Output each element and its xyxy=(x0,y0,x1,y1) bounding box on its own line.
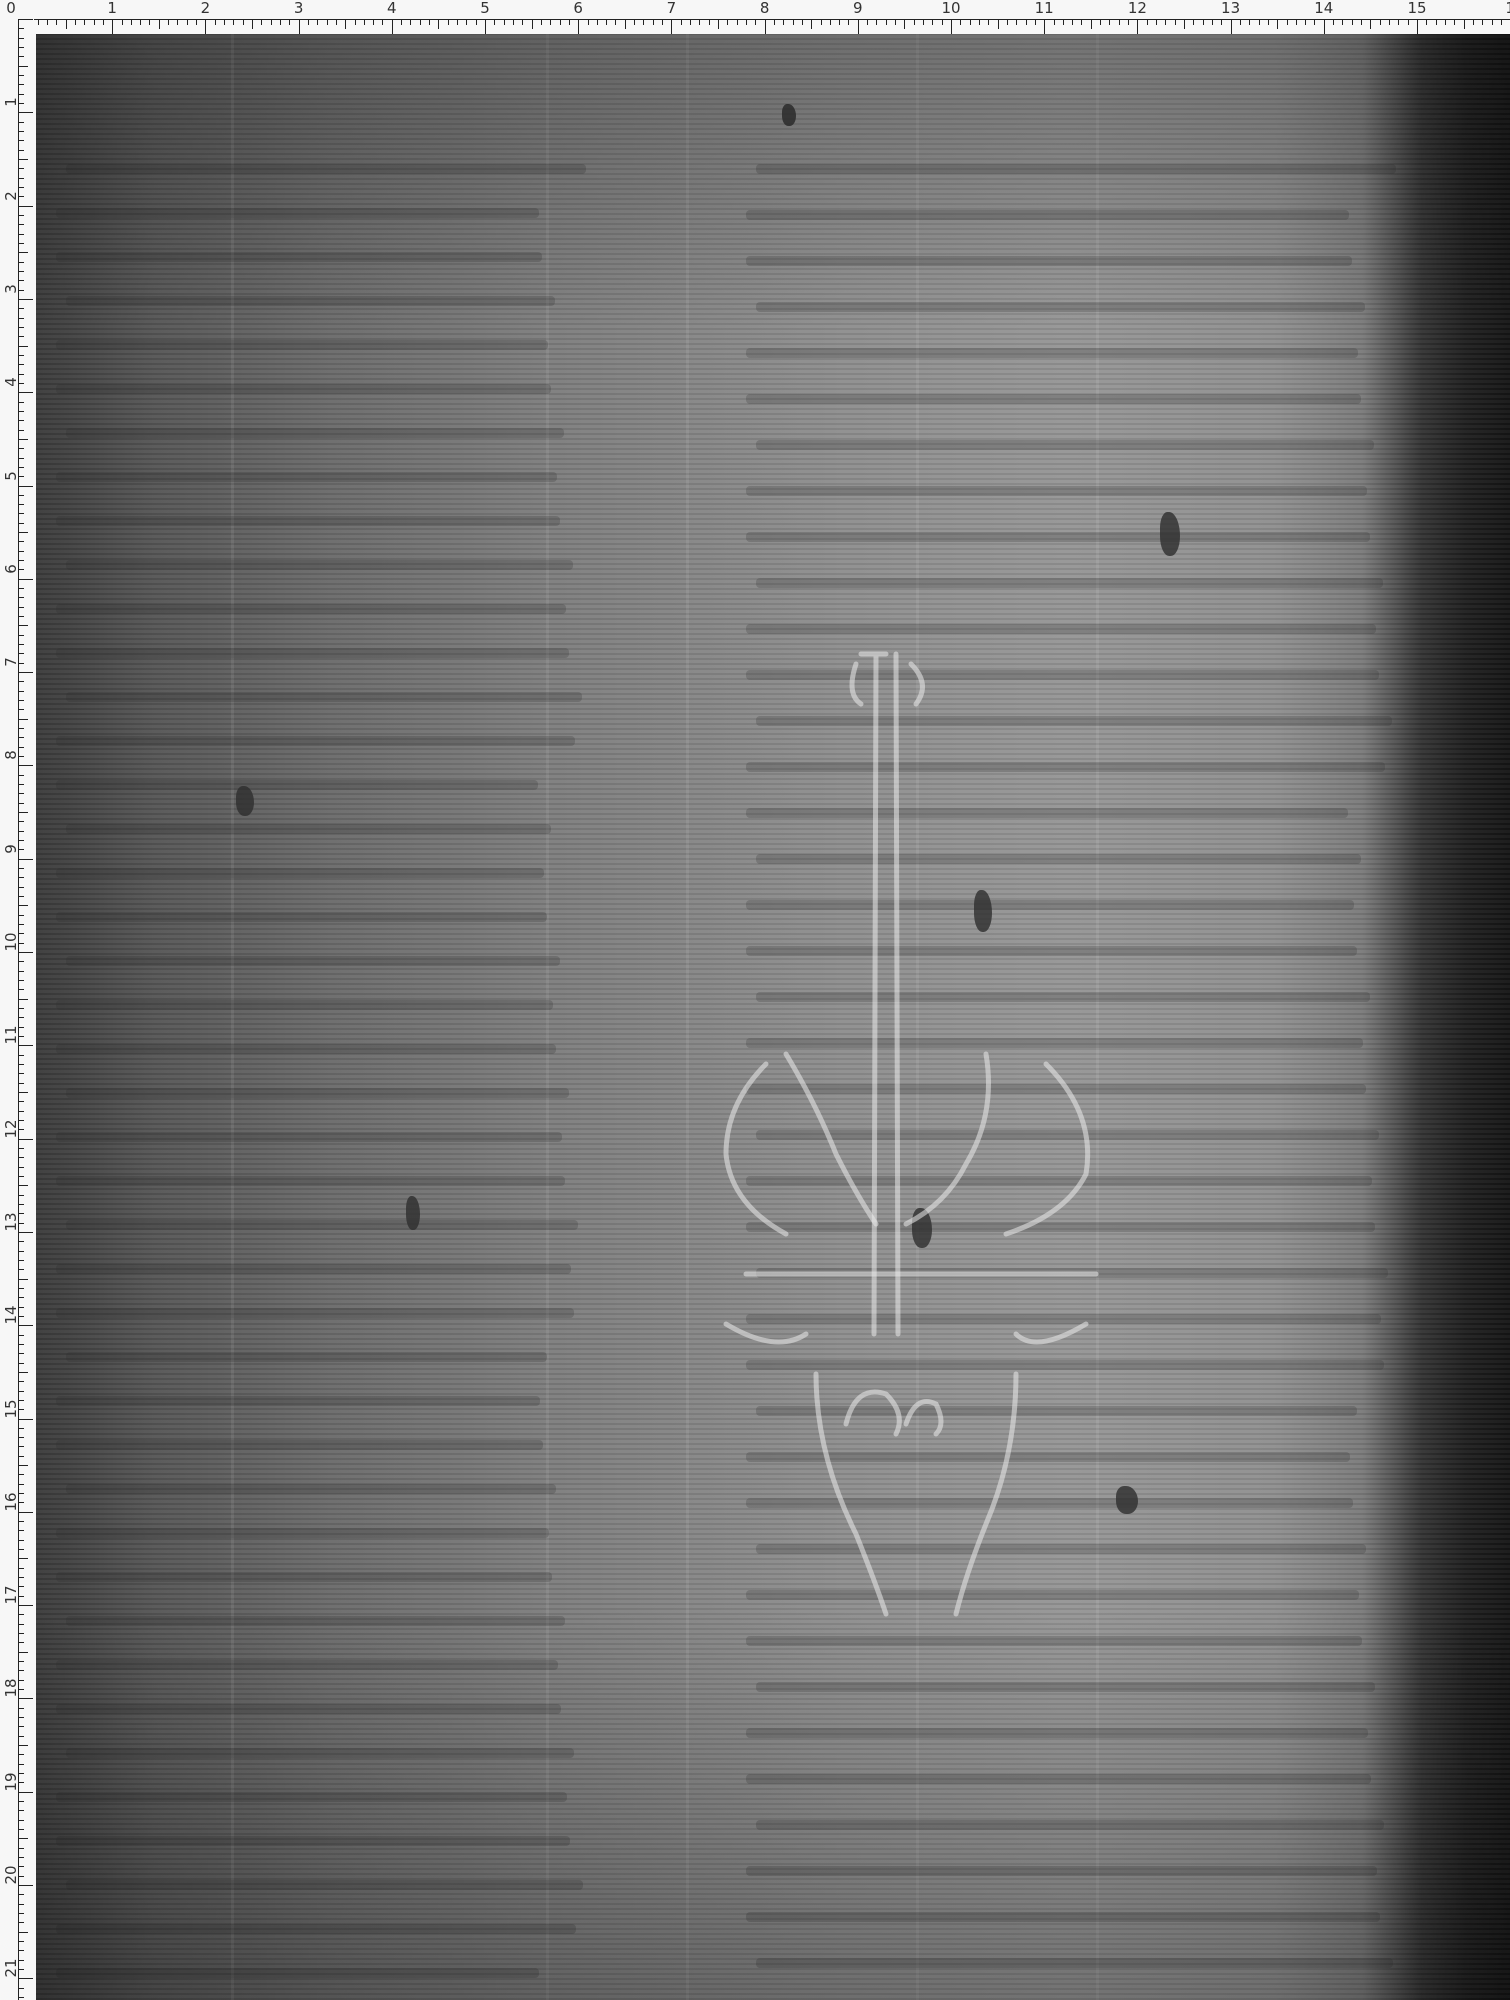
ruler-tick xyxy=(18,635,24,636)
ruler-tick xyxy=(18,625,28,626)
ruler-tick xyxy=(18,1661,24,1662)
left-ruler-label: 19 xyxy=(3,1771,19,1793)
handwritten-text-line xyxy=(56,1660,558,1670)
ruler-tick xyxy=(615,19,616,25)
ruler-tick xyxy=(1426,19,1427,25)
ink-blot xyxy=(974,890,992,932)
ruler-tick xyxy=(18,877,24,878)
ruler-tick xyxy=(317,19,318,25)
ruler-tick xyxy=(18,112,33,113)
ruler-tick xyxy=(18,523,24,524)
ruler-tick xyxy=(18,1325,33,1326)
ruler-tick xyxy=(18,775,24,776)
left-ruler-label: 0 xyxy=(0,0,22,16)
ruler-tick xyxy=(18,1251,24,1252)
ruler-tick xyxy=(886,19,887,25)
ruler-tick xyxy=(1464,19,1465,29)
handwritten-text-line xyxy=(56,780,538,790)
handwritten-text-line xyxy=(756,1958,1393,1968)
ruler-tick xyxy=(942,19,943,25)
ruler-tick xyxy=(18,1894,24,1895)
handwritten-text-line xyxy=(56,1792,567,1802)
ruler-tick xyxy=(18,1335,24,1336)
ruler-tick xyxy=(429,19,430,25)
handwritten-text-line xyxy=(756,1544,1366,1554)
ruler-tick xyxy=(1501,19,1502,25)
ruler-tick xyxy=(159,19,160,29)
ruler-tick xyxy=(18,1353,24,1354)
ink-blot xyxy=(912,1208,932,1248)
handwritten-text-line xyxy=(756,578,1383,588)
ruler-tick xyxy=(18,271,24,272)
ruler-tick xyxy=(18,1978,33,1979)
ruler-tick xyxy=(18,215,24,216)
handwritten-text-line xyxy=(746,210,1349,220)
chain-line xyxy=(1096,34,1099,2000)
ruler-tick xyxy=(1492,19,1493,25)
ruler-tick xyxy=(1100,19,1101,25)
ruler-tick xyxy=(597,19,598,25)
ruler-tick xyxy=(821,19,822,25)
ruler-tick xyxy=(18,1204,24,1205)
handwritten-text-line xyxy=(66,296,555,306)
ruler-tick xyxy=(18,896,24,897)
ruler-tick xyxy=(681,19,682,25)
left-ruler-label: 16 xyxy=(3,1491,19,1513)
chain-line xyxy=(231,34,234,2000)
ruler-tick xyxy=(18,38,24,39)
ruler-tick xyxy=(18,607,24,608)
ruler-tick xyxy=(18,66,28,67)
top-ruler-label: 14 xyxy=(1314,0,1333,16)
ruler-tick xyxy=(1091,19,1092,29)
top-ruler-label: 11 xyxy=(1035,0,1054,16)
ruler-tick xyxy=(18,411,24,412)
ruler-tick xyxy=(18,1614,24,1615)
ink-blot xyxy=(236,786,254,816)
ruler-tick xyxy=(94,19,95,25)
ruler-tick xyxy=(18,1642,24,1643)
ruler-tick xyxy=(951,19,952,34)
ruler-tick xyxy=(18,1698,33,1699)
ruler-tick xyxy=(18,1437,24,1438)
handwritten-text-line xyxy=(56,1396,540,1406)
handwritten-text-line xyxy=(56,516,560,526)
ruler-tick xyxy=(18,1176,24,1177)
ruler-tick xyxy=(858,19,859,34)
handwritten-text-line xyxy=(756,716,1392,726)
ruler-tick xyxy=(1473,19,1474,25)
vase-watermark-icon xyxy=(686,634,1146,1654)
chain-line xyxy=(546,34,549,2000)
handwritten-text-line xyxy=(746,1590,1359,1600)
ruler-tick xyxy=(1119,19,1120,25)
left-ruler-label: 20 xyxy=(3,1864,19,1886)
ruler-tick xyxy=(18,1950,24,1951)
ruler-tick xyxy=(140,19,141,25)
ruler-tick xyxy=(18,597,24,598)
ruler-tick xyxy=(18,672,33,673)
ruler-tick xyxy=(18,980,24,981)
ruler-tick xyxy=(18,1624,24,1625)
ruler-tick xyxy=(18,541,24,542)
ruler-tick xyxy=(261,19,262,25)
top-ruler-label: 13 xyxy=(1221,0,1240,16)
ruler-tick xyxy=(522,19,523,25)
ruler-tick xyxy=(867,19,868,25)
ruler-tick xyxy=(18,19,33,20)
ruler-tick xyxy=(215,19,216,25)
ruler-tick xyxy=(18,1073,24,1074)
handwritten-text-line xyxy=(746,1728,1368,1738)
ruler-tick xyxy=(18,1885,33,1886)
ruler-tick xyxy=(811,19,812,29)
ruler-tick xyxy=(18,1419,33,1420)
ruler-tick xyxy=(18,1549,24,1550)
handwritten-text-line xyxy=(56,1572,552,1582)
ruler-tick xyxy=(18,430,24,431)
handwritten-text-line xyxy=(746,1498,1353,1508)
ruler-tick xyxy=(18,1754,24,1755)
handwritten-text-line xyxy=(746,486,1367,496)
chain-line xyxy=(686,34,689,2000)
ruler-tick xyxy=(18,1745,28,1746)
ruler-tick xyxy=(1408,19,1409,25)
ruler-tick xyxy=(18,178,24,179)
handwritten-text-line xyxy=(56,1000,553,1010)
left-ruler: 0123456789101112131415161718192021 xyxy=(0,0,34,2000)
ruler-tick xyxy=(18,1652,28,1653)
ruler-tick xyxy=(662,19,663,25)
ruler-tick xyxy=(18,346,28,347)
ruler-tick xyxy=(18,1167,24,1168)
ruler-tick xyxy=(18,1932,28,1933)
handwritten-text-line xyxy=(66,560,573,570)
ruler-tick xyxy=(737,19,738,25)
ruler-tick xyxy=(18,1456,24,1457)
ruler-tick xyxy=(38,19,39,25)
ruler-tick xyxy=(18,402,24,403)
ruler-tick xyxy=(1398,19,1399,25)
ruler-tick xyxy=(18,1810,24,1811)
ruler-tick xyxy=(336,19,337,25)
handwritten-text-line xyxy=(756,1406,1357,1416)
ruler-tick xyxy=(66,19,67,29)
top-ruler-label: 1 xyxy=(107,0,117,16)
ruler-tick xyxy=(18,579,33,580)
ruler-tick xyxy=(18,1530,24,1531)
left-ruler-label: 11 xyxy=(3,1024,19,1046)
ruler-tick xyxy=(280,19,281,25)
ruler-tick xyxy=(382,19,383,25)
ruler-tick xyxy=(18,1820,24,1821)
ruler-tick xyxy=(18,355,24,356)
handwritten-text-line xyxy=(66,1748,574,1758)
ruler-tick xyxy=(18,532,28,533)
top-ruler: 01234567891011121314151 xyxy=(0,0,1510,34)
ruler-tick xyxy=(18,868,24,869)
ruler-tick xyxy=(18,1717,24,1718)
handwritten-text-line xyxy=(746,348,1358,358)
handwritten-text-line xyxy=(756,1820,1384,1830)
ruler-tick xyxy=(18,709,24,710)
handwritten-text-line xyxy=(746,670,1379,680)
ruler-tick xyxy=(18,784,24,785)
ruler-tick xyxy=(904,19,905,29)
handwritten-text-line xyxy=(746,532,1370,542)
ruler-tick xyxy=(895,19,896,25)
ruler-tick xyxy=(18,1708,24,1709)
ruler-tick xyxy=(18,420,24,421)
ruler-tick xyxy=(1361,19,1362,25)
ruler-tick xyxy=(18,1344,24,1345)
ruler-tick xyxy=(1352,19,1353,25)
handwritten-text-line xyxy=(66,956,560,966)
ruler-tick xyxy=(438,19,439,29)
ruler-tick xyxy=(18,812,28,813)
ruler-tick xyxy=(18,1391,24,1392)
handwritten-text-line xyxy=(746,1038,1363,1048)
handwritten-text-line xyxy=(56,1440,543,1450)
ruler-tick xyxy=(18,821,24,822)
ruler-tick xyxy=(839,19,840,25)
ruler-tick xyxy=(18,1157,24,1158)
handwritten-text-line xyxy=(746,1452,1350,1462)
ruler-tick xyxy=(578,19,579,34)
ruler-tick xyxy=(18,1736,24,1737)
ruler-tick xyxy=(18,262,24,263)
ruler-tick xyxy=(1007,19,1008,25)
handwritten-text-line xyxy=(756,1682,1375,1692)
ruler-tick xyxy=(494,19,495,25)
handwritten-text-line xyxy=(756,854,1361,864)
ruler-tick xyxy=(671,19,672,34)
top-ruler-label: 9 xyxy=(853,0,863,16)
left-ruler-label: 18 xyxy=(3,1677,19,1699)
left-ruler-label: 21 xyxy=(3,1957,19,1979)
handwritten-text-line xyxy=(746,394,1361,404)
ruler-tick xyxy=(765,19,766,34)
ruler-tick xyxy=(793,19,794,25)
handwritten-text-line xyxy=(56,1176,565,1186)
ruler-tick xyxy=(308,19,309,25)
ruler-tick xyxy=(876,19,877,25)
ruler-tick xyxy=(401,19,402,25)
ruler-tick xyxy=(84,19,85,25)
ruler-tick xyxy=(1165,19,1166,25)
ruler-tick xyxy=(243,19,244,25)
ruler-tick xyxy=(345,19,346,29)
ruler-tick xyxy=(1389,19,1390,25)
ruler-tick xyxy=(18,1512,33,1513)
ruler-tick xyxy=(1259,19,1260,25)
left-ruler-label: 5 xyxy=(3,465,19,487)
ruler-tick xyxy=(485,19,486,34)
left-ruler-label: 10 xyxy=(3,931,19,953)
ruler-tick xyxy=(1445,19,1446,25)
ruler-tick xyxy=(233,19,234,25)
ruler-tick xyxy=(774,19,775,25)
ruler-tick xyxy=(18,1297,24,1298)
ruler-tick xyxy=(18,1540,24,1541)
ruler-tick xyxy=(355,19,356,25)
ruler-tick xyxy=(252,19,253,29)
ruler-tick xyxy=(18,234,24,235)
handwritten-text-line xyxy=(756,440,1374,450)
handwritten-text-line xyxy=(66,164,586,174)
ruler-tick xyxy=(979,19,980,25)
ruler-tick xyxy=(18,1577,24,1578)
ruler-tick xyxy=(1231,19,1232,34)
ruler-tick xyxy=(18,206,33,207)
ruler-tick xyxy=(18,1801,24,1802)
ruler-tick xyxy=(709,19,710,25)
ruler-tick xyxy=(18,448,24,449)
ruler-tick xyxy=(18,1465,28,1466)
top-ruler-label: 6 xyxy=(573,0,583,16)
ruler-tick xyxy=(18,252,28,253)
ruler-tick xyxy=(373,19,374,25)
ruler-tick xyxy=(18,150,24,151)
ruler-tick xyxy=(289,19,290,25)
top-ruler-label: 4 xyxy=(387,0,397,16)
ruler-tick xyxy=(1296,19,1297,25)
handwritten-text-line xyxy=(56,912,547,922)
ruler-tick xyxy=(75,19,76,25)
handwritten-text-line xyxy=(56,1132,562,1142)
top-ruler-label: 10 xyxy=(941,0,960,16)
ruler-tick xyxy=(1147,19,1148,25)
handwritten-text-line xyxy=(756,1268,1388,1278)
ruler-tick xyxy=(196,19,197,25)
ruler-tick xyxy=(18,140,24,141)
ruler-tick xyxy=(18,495,24,496)
ruler-tick xyxy=(18,1726,24,1727)
ruler-tick xyxy=(18,1241,24,1242)
ruler-tick xyxy=(18,1857,24,1858)
ruler-tick xyxy=(18,924,24,925)
ruler-tick xyxy=(998,19,999,29)
ruler-tick xyxy=(18,1064,24,1065)
ruler-tick xyxy=(18,905,28,906)
ruler-tick xyxy=(466,19,467,25)
handwritten-text-line xyxy=(56,1924,576,1934)
top-ruler-label: 5 xyxy=(480,0,490,16)
ruler-tick xyxy=(18,1904,24,1905)
ruler-tick xyxy=(122,19,123,25)
ruler-tick xyxy=(1212,19,1213,25)
ruler-tick xyxy=(18,1139,33,1140)
handwritten-text-line xyxy=(746,1360,1384,1370)
ruler-tick xyxy=(18,616,24,617)
handwritten-text-line xyxy=(56,648,569,658)
ruler-tick xyxy=(18,1055,24,1056)
ruler-tick xyxy=(1063,19,1064,25)
left-ruler-label: 6 xyxy=(3,558,19,580)
ruler-tick xyxy=(541,19,542,25)
ruler-tick xyxy=(410,19,411,25)
ruler-tick xyxy=(18,681,24,682)
ruler-tick xyxy=(1417,19,1418,34)
ruler-tick xyxy=(392,19,393,34)
ruler-tick xyxy=(18,84,24,85)
ruler-tick xyxy=(18,327,24,328)
ruler-tick xyxy=(690,19,691,25)
ruler-tick xyxy=(18,504,24,505)
ruler-tick xyxy=(18,1670,24,1671)
handwritten-text-line xyxy=(56,472,557,482)
ruler-tick xyxy=(783,19,784,25)
ruler-tick xyxy=(18,971,24,972)
handwritten-text-line xyxy=(56,736,575,746)
ruler-tick xyxy=(1193,19,1194,25)
ruler-tick xyxy=(18,1521,24,1522)
ruler-tick xyxy=(1054,19,1055,25)
ruler-tick xyxy=(271,19,272,25)
ruler-tick xyxy=(1249,19,1250,25)
ruler-tick xyxy=(18,1381,24,1382)
ruler-tick xyxy=(923,19,924,25)
ruler-tick xyxy=(18,336,24,337)
ruler-tick xyxy=(1175,19,1176,25)
left-ruler-label: 3 xyxy=(3,278,19,300)
ruler-tick xyxy=(1454,19,1455,25)
top-ruler-label: 8 xyxy=(760,0,770,16)
handwritten-text-line xyxy=(56,1264,571,1274)
ruler-tick xyxy=(18,1922,24,1923)
handwritten-text-line xyxy=(66,1880,583,1890)
ruler-tick xyxy=(18,486,33,487)
ruler-tick xyxy=(1026,19,1027,25)
chain-line xyxy=(916,34,919,2000)
ink-blot xyxy=(1160,512,1180,556)
ruler-tick xyxy=(643,19,644,25)
ruler-tick xyxy=(364,19,365,25)
ink-blot xyxy=(406,1196,420,1230)
ruler-tick xyxy=(18,308,24,309)
handwritten-text-line xyxy=(66,1616,565,1626)
ruler-tick xyxy=(18,318,24,319)
ruler-tick xyxy=(18,1269,24,1270)
ruler-tick xyxy=(18,1195,24,1196)
ruler-tick xyxy=(18,1941,24,1942)
ruler-tick xyxy=(18,1148,24,1149)
ruler-tick xyxy=(18,299,33,300)
handwritten-text-line xyxy=(56,1704,561,1714)
ruler-tick xyxy=(18,1363,24,1364)
ruler-tick xyxy=(1016,19,1017,25)
ruler-tick xyxy=(18,47,24,48)
ink-blot xyxy=(782,104,796,126)
ruler-tick xyxy=(18,961,24,962)
ruler-tick xyxy=(18,56,24,57)
handwritten-text-line xyxy=(746,1774,1371,1784)
ruler-tick xyxy=(830,19,831,25)
ruler-tick xyxy=(1035,19,1036,25)
ink-blot xyxy=(1116,1486,1138,1514)
ruler-tick xyxy=(18,1045,33,1046)
ruler-tick xyxy=(18,1232,33,1233)
handwritten-text-line xyxy=(756,302,1365,312)
handwritten-text-line xyxy=(746,946,1357,956)
handwritten-text-line xyxy=(746,808,1348,818)
ruler-tick xyxy=(848,19,849,25)
ruler-tick xyxy=(18,1111,24,1112)
ruler-tick xyxy=(224,19,225,25)
ruler-tick xyxy=(18,1792,33,1793)
ruler-tick xyxy=(569,19,570,25)
ruler-tick xyxy=(1287,19,1288,25)
